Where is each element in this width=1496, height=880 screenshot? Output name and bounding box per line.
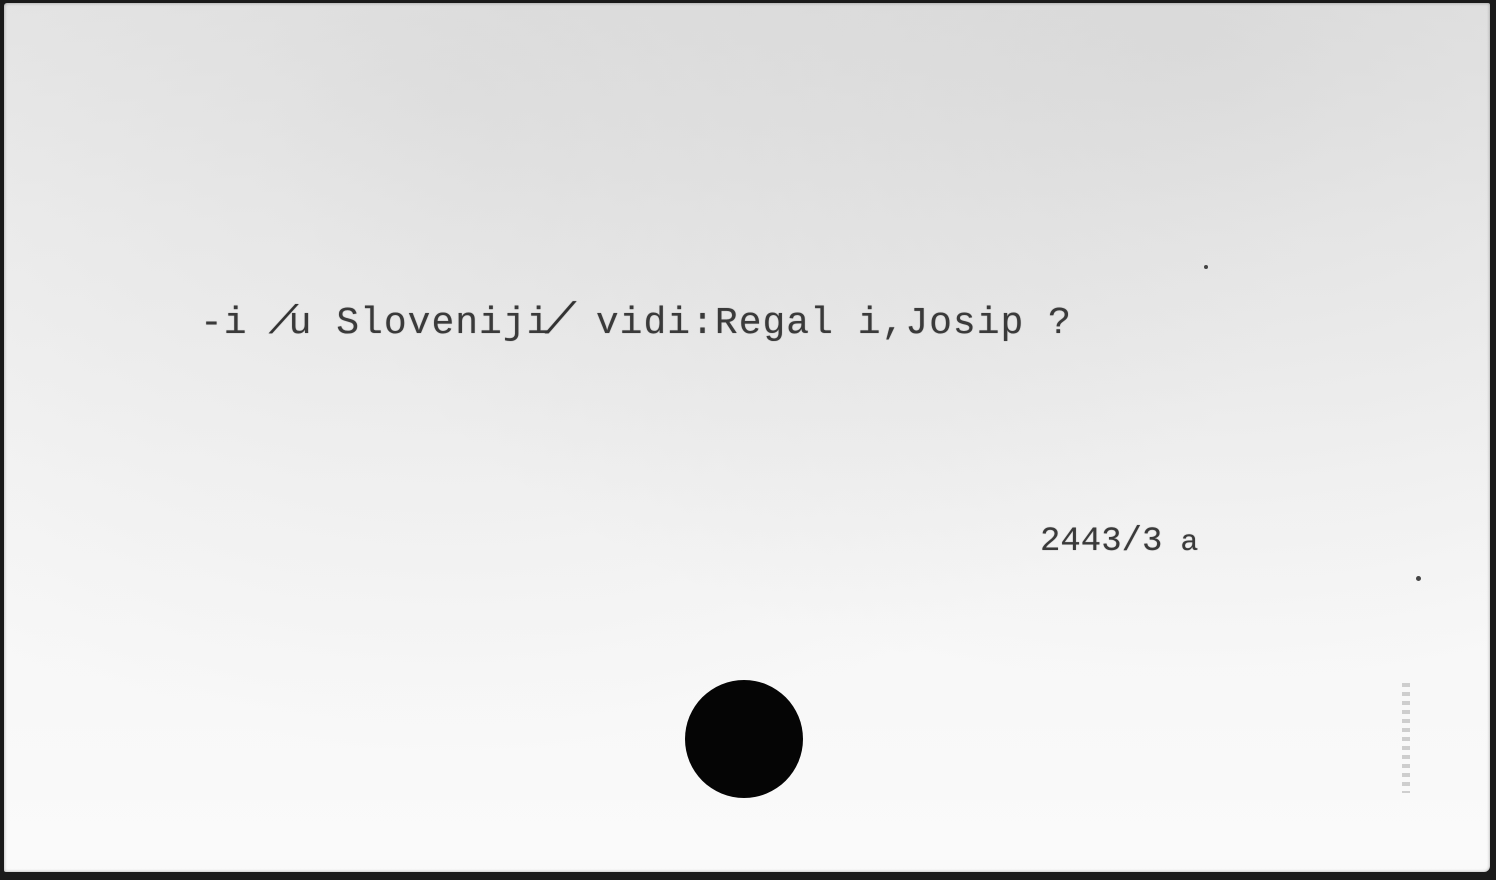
punch-hole-icon [685, 680, 803, 798]
stray-dot [1416, 576, 1421, 581]
edge-marks [1402, 683, 1410, 793]
entry-qualifier: u Sloveniji [289, 302, 551, 345]
call-number-value: 2443/3 [1040, 523, 1162, 561]
catalog-entry-line: -i / u Sloveniji / vidi:Regal i,Josip ? [200, 297, 1072, 347]
call-number: 2443/3 a [1040, 523, 1198, 561]
see-reference: vidi:Regal i,Josip ? [596, 302, 1072, 345]
entry-prefix: -i [200, 302, 248, 345]
catalog-card: -i / u Sloveniji / vidi:Regal i,Josip ? … [4, 3, 1490, 872]
call-number-suffix: a [1180, 526, 1198, 560]
stray-dot [1204, 265, 1208, 269]
